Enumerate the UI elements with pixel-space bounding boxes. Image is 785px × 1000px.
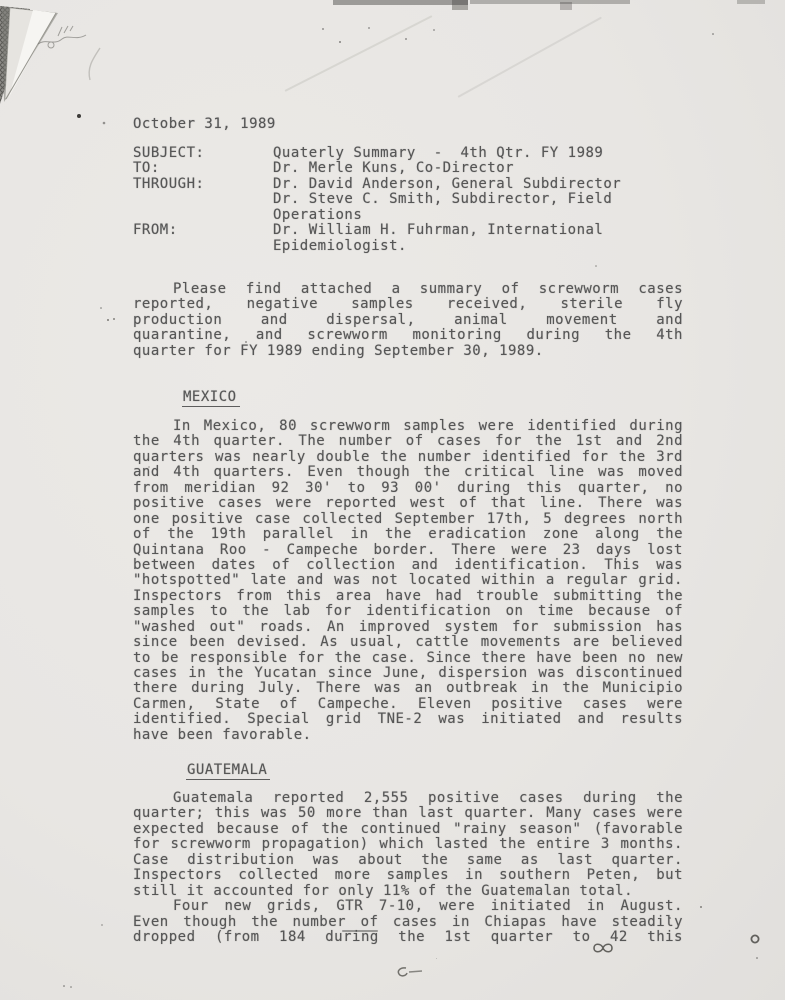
text-line: quarter for FY 1989 ending September 30,… <box>133 344 683 359</box>
text-line: production and dispersal, animal movemen… <box>133 313 683 328</box>
text-line: from meridian 92 30' to 93 00' during th… <box>133 481 683 496</box>
underline-artifact-of-cases <box>342 930 378 932</box>
scan-edge-strip <box>333 0 468 5</box>
text-line: the 4th quarter. The number of cases for… <box>133 434 683 449</box>
toner-speck <box>433 29 435 31</box>
section-heading-guatemala: GUATEMALA <box>187 763 270 780</box>
header-field-value: Dr. William H. Fuhrman, International <box>273 223 603 238</box>
toner-speck <box>148 466 150 468</box>
header-row: Dr. Steve C. Smith, Subdirector, Field <box>133 192 621 207</box>
header-field-label <box>133 208 273 223</box>
toner-speck <box>107 319 109 321</box>
intro-paragraph: Please find attached a summary of screww… <box>133 282 683 359</box>
scan-edge-strip <box>470 0 630 4</box>
scan-edge-strip <box>560 2 572 10</box>
header-field-label: TO: <box>133 161 273 176</box>
toner-speck <box>339 41 341 43</box>
toner-speck <box>669 917 671 919</box>
text-line: "washed out" roads. An improved system f… <box>133 620 683 635</box>
toner-speck <box>405 38 407 40</box>
text-line: identified. Special grid TNE-2 was initi… <box>133 712 683 727</box>
header-field-value: Dr. Merle Kuns, Co-Director <box>273 161 514 176</box>
text-line: positive cases were reported west of tha… <box>133 496 683 511</box>
toner-speck <box>368 27 370 29</box>
text-line: Carmen, State of Campeche. Eleven positi… <box>133 697 683 712</box>
toner-speck <box>322 28 324 30</box>
header-field-label <box>133 239 273 254</box>
text-line: expected because of the continued "rainy… <box>133 822 683 837</box>
header-field-label: SUBJECT: <box>133 146 273 161</box>
text-line: still it accounted for only 11% of the G… <box>133 884 683 899</box>
header-field-label: THROUGH: <box>133 177 273 192</box>
header-field-value: Dr. Steve C. Smith, Subdirector, Field <box>273 192 612 207</box>
text-line: quarantine, and screwworm monitoring dur… <box>133 328 683 343</box>
scan-edge-strip <box>737 0 765 4</box>
handwritten-squiggle-bottom-center <box>394 964 428 982</box>
toner-speck <box>63 985 65 987</box>
text-line: and 4th quarters. Even though the critic… <box>133 465 683 480</box>
text-line: Inspectors from this area have had troub… <box>133 589 683 604</box>
toner-speck <box>712 33 714 35</box>
section-body-guatemala: Guatemala reported 2,555 positive cases … <box>133 791 683 945</box>
text-line: Case distribution was about the same as … <box>133 853 683 868</box>
text-line: one positive case collected September 17… <box>133 512 683 527</box>
text-line: since been devised. As usual, cattle mov… <box>133 635 683 650</box>
toner-speck <box>700 906 702 908</box>
section-heading-mexico: MEXICO <box>183 390 240 407</box>
toner-speck <box>100 307 102 309</box>
toner-speck <box>70 986 72 988</box>
header-row: FROM:Dr. William H. Fuhrman, Internation… <box>133 223 621 238</box>
text-line: have been favorable. <box>133 728 683 743</box>
memo-date: October 31, 1989 <box>133 117 276 132</box>
text-line: to be responsible for the case. Since th… <box>133 651 683 666</box>
toner-speck <box>101 924 103 926</box>
paper-crease <box>285 15 433 92</box>
text-line: quarter; this was 50 more than last quar… <box>133 806 683 821</box>
text-line: for screwworm propagation) which lasted … <box>133 837 683 852</box>
text-line: there during July. There was an outbreak… <box>133 681 683 696</box>
header-row: Operations <box>133 208 621 223</box>
section-body-mexico: In Mexico, 80 screwworm samples were ide… <box>133 419 683 743</box>
section-heading-label: MEXICO <box>182 390 240 407</box>
text-line: samples to the lab for identification on… <box>133 604 683 619</box>
text-line: quarters was nearly double the number id… <box>133 450 683 465</box>
text-line: Even though the number of cases in Chiap… <box>133 915 683 930</box>
header-field-value: Operations <box>273 208 362 223</box>
toner-speck <box>436 958 437 959</box>
text-line: of the 19th parallel in the eradication … <box>133 527 683 542</box>
text-line: Four new grids, GTR 7-10, were initiated… <box>133 899 683 914</box>
handwritten-loop-scribble-over-42 <box>590 939 620 955</box>
header-row: TO:Dr. Merle Kuns, Co-Director <box>133 161 621 176</box>
text-line: Quintana Roo - Campeche border. There we… <box>133 543 683 558</box>
toner-speck <box>245 341 247 343</box>
text-line: Inspectors collected more samples in sou… <box>133 868 683 883</box>
header-field-label <box>133 192 273 207</box>
section-heading-label: GUATEMALA <box>186 763 270 780</box>
toner-speck <box>113 318 115 320</box>
scanned-memo-page: October 31, 1989 SUBJECT:Quaterly Summar… <box>0 0 785 1000</box>
text-line: reported, negative samples received, ste… <box>133 297 683 312</box>
memo-header-block: SUBJECT:Quaterly Summary - 4th Qtr. FY 1… <box>133 146 621 254</box>
header-row: Epidemiologist. <box>133 239 621 254</box>
header-field-value: Epidemiologist. <box>273 239 407 254</box>
paper-crease <box>458 17 602 98</box>
toner-speck <box>756 957 758 959</box>
text-line: "hotspotted" late and was not located wi… <box>133 573 683 588</box>
toner-speck <box>595 265 597 267</box>
handwritten-circle-right-margin <box>748 932 762 946</box>
scan-edge-strip <box>452 0 468 10</box>
header-field-label: FROM: <box>133 223 273 238</box>
